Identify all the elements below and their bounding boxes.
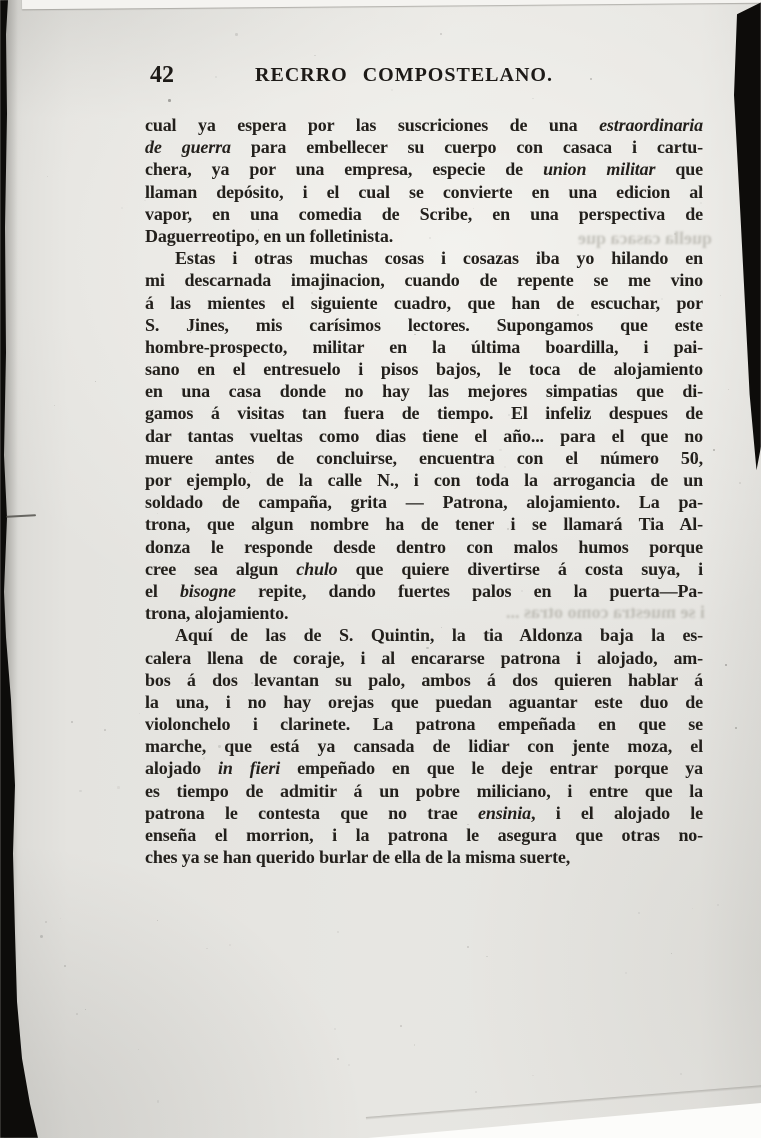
text-line: vapor, en una comedia de Scribe, en una … [145,203,703,225]
paper-speck [95,381,96,382]
paper-speck [337,1058,339,1060]
book-page-scan: 42 RECRRO COMPOSTELANO. cual ya espera p… [0,0,761,1138]
text-line: muere antes de concluirse, encuentra con… [145,447,703,469]
text-line: soldado de campaña, grita — Patrona, alo… [145,491,703,513]
page-corner-bottom-right [368,1100,761,1138]
text-line: chera, ya por una empresa, especie de un… [145,158,703,180]
text-line: es tiempo de admitir á un pobre milician… [145,780,703,802]
text-line: calera llena de coraje, i al encararse p… [145,647,703,669]
paper-crease-mark [6,514,36,518]
text-run: bos á dos levantan su palo, ambos á dos … [145,670,703,690]
text-line: alojado in fieri empeñado en que le deje… [145,757,703,779]
running-title: RECRRO COMPOSTELANO. [255,64,553,87]
text-run: soldado de campaña, grita — Patrona, alo… [145,492,703,512]
text-run: gamos á visitas tan fuera de tiempo. El … [145,403,703,423]
paper-speck [337,931,339,933]
text-line: bos á dos levantan su palo, ambos á dos … [145,669,703,691]
text-run: cree sea algun [145,559,296,579]
text-run: empeñado en que le deje entrar porque ya [280,758,703,778]
paper-speck [414,1044,415,1045]
paper-speck [76,1013,78,1015]
page-number: 42 [150,62,174,89]
text-run: Aquí de las de S. Quintin, la tia Aldonz… [175,625,703,645]
text-line: S. Jines, mis carísimos lectores. Supong… [145,314,703,336]
text-run: violonchelo i clarinete. La patrona empe… [145,714,703,734]
text-run: Daguerreotipo, en un folletinista. [145,226,393,246]
paper-speck [671,953,672,954]
paper-speck [229,944,231,946]
paper-speck [206,948,207,949]
text-line: trona, que algun nombre ha de tener i se… [145,513,703,535]
text-line: en una casa donde no hay las mejores sim… [145,380,703,402]
text-line: cree sea algun chulo que quiere divertir… [145,558,703,580]
paper-speck [400,1025,402,1027]
italic-text-run: bisogne [180,581,236,601]
text-line: gamos á visitas tan fuera de tiempo. El … [145,402,703,424]
text-line: dar tantas vueltas como dias tiene el añ… [145,425,703,447]
text-line: la una, i no hay orejas que puedan aguan… [145,691,703,713]
paper-speck [440,33,442,35]
paper-speck [739,482,741,484]
text-line: llaman depósito, i el cual se convierte … [145,181,703,203]
text-run: patrona le contesta que no trae [145,803,478,823]
text-run: alojado [145,758,218,778]
ink-blemish [168,99,171,102]
text-run: dar tantas vueltas como dias tiene el añ… [145,426,703,446]
paper-speck [104,729,106,731]
text-line: Estas i otras muchas cosas i cosazas iba… [145,247,703,269]
paper-speck [157,1100,159,1102]
paper-speck [486,956,487,957]
ink-blemish [713,449,715,451]
text-run: para embellecer su cuerpo con casaca i c… [231,137,703,157]
text-run: hombre-prospecto, militar en la última b… [145,337,703,357]
text-line: violonchelo i clarinete. La patrona empe… [145,713,703,735]
text-run: el [145,581,180,601]
text-run: Estas i otras muchas cosas i cosazas iba… [175,248,703,268]
text-run: cual ya espera por las suscriciones de u… [145,115,599,135]
text-run: muere antes de concluirse, encuentra con… [145,448,703,468]
paper-speck [532,1075,534,1077]
paper-speck [139,713,140,714]
paper-speck [680,1073,682,1075]
text-run: en una casa donde no hay las mejores sim… [145,381,703,401]
text-run: que [655,159,703,179]
paper-speck [334,1028,336,1030]
paper-speck [79,790,81,792]
paper-speck [475,1091,477,1093]
text-line: patrona le contesta que no trae ensinia,… [145,802,703,824]
italic-text-run: in fieri [218,758,280,778]
text-run: llaman depósito, i el cual se convierte … [145,182,703,202]
paper-speck [138,1049,139,1050]
text-run: donza le responde desde dentro con malos… [145,537,703,557]
text-line: el bisogne repite, dando fuertes palos e… [145,580,703,602]
text-run: chera, ya por una empresa, especie de [145,159,543,179]
text-run: marche, que está ya cansada de lidiar co… [145,736,703,756]
text-run: enseña el morrion, i la patrona le asegu… [145,825,703,845]
ink-showthrough: quella casaca que [490,228,712,249]
text-run: á las mientes el siguiente cuadro, que h… [145,293,703,313]
paper-speck [121,207,123,209]
text-run: que quiere divertirse á costa suya, i [338,559,703,579]
paper-speck [638,912,640,914]
italic-text-run: estraordinaria [599,115,703,135]
paper-speck [45,921,47,923]
paper-speck [692,908,693,909]
paper-speck [157,920,158,921]
text-line: á las mientes el siguiente cuadro, que h… [145,292,703,314]
text-run: S. Jines, mis carísimos lectores. Supong… [145,315,703,335]
text-run: vapor, en una comedia de Scribe, en una … [145,204,703,224]
paper-speck [728,389,729,390]
ink-blemish [735,727,737,729]
paper-speck [625,972,627,974]
text-run: trona, que algun nombre ha de tener i se… [145,514,703,534]
paper-speck [532,98,533,99]
paper-speck [314,55,316,57]
text-run: ches ya se han querido burlar de ella de… [145,847,570,867]
text-run: mi descarnada imajinacion, cuando de rep… [145,270,703,290]
text-run: sano en el entresuelo i pisos bajos, le … [145,359,703,379]
page-top-edge [22,0,761,9]
italic-text-run: de guerra [145,137,231,157]
paper-speck [348,1064,350,1066]
text-line: enseña el morrion, i la patrona le asegu… [145,824,703,846]
paper-speck [47,176,48,177]
paper-speck [717,904,719,906]
text-line: de guerra para embellecer su cuerpo con … [145,136,703,158]
text-run: es tiempo de admitir á un pobre milician… [145,781,703,801]
paper-speck [60,918,61,919]
paper-speck [391,89,393,91]
paper-speck [720,295,721,296]
text-line: marche, que está ya cansada de lidiar co… [145,735,703,757]
text-line: hombre-prospecto, militar en la última b… [145,336,703,358]
text-run: por ejemplo, de la calle N., i con toda … [145,470,703,490]
paper-speck [467,946,469,948]
paper-speck [235,33,237,35]
paper-speck [117,786,119,788]
paper-speck [85,1009,86,1010]
text-line: ches ya se han querido burlar de ella de… [145,846,703,868]
paper-speck [64,965,66,967]
italic-text-run: union militar [543,159,655,179]
text-line: donza le responde desde dentro con malos… [145,536,703,558]
italic-text-run: ensinia [478,803,531,823]
paper-speck [54,405,55,406]
text-run: , i el alojado le [531,803,703,823]
ink-blemish [590,78,592,80]
paper-speck [215,76,217,78]
text-run: calera llena de coraje, i al encararse p… [145,648,703,668]
ink-blemish [40,935,43,938]
text-run: la una, i no hay orejas que puedan aguan… [145,692,703,712]
text-line: cual ya espera por las suscriciones de u… [145,114,703,136]
ink-showthrough: i se muestra como otras ... [255,602,705,623]
text-line: sano en el entresuelo i pisos bajos, le … [145,358,703,380]
text-line: por ejemplo, de la calle N., i con toda … [145,469,703,491]
text-line: mi descarnada imajinacion, cuando de rep… [145,269,703,291]
text-line: Aquí de las de S. Quintin, la tia Aldonz… [145,624,703,646]
italic-text-run: chulo [296,559,337,579]
text-run: repite, dando fuertes palos en la puerta… [236,581,703,601]
paper-speck [71,721,73,723]
scan-edge-right [731,0,761,475]
ink-blemish [725,664,727,666]
